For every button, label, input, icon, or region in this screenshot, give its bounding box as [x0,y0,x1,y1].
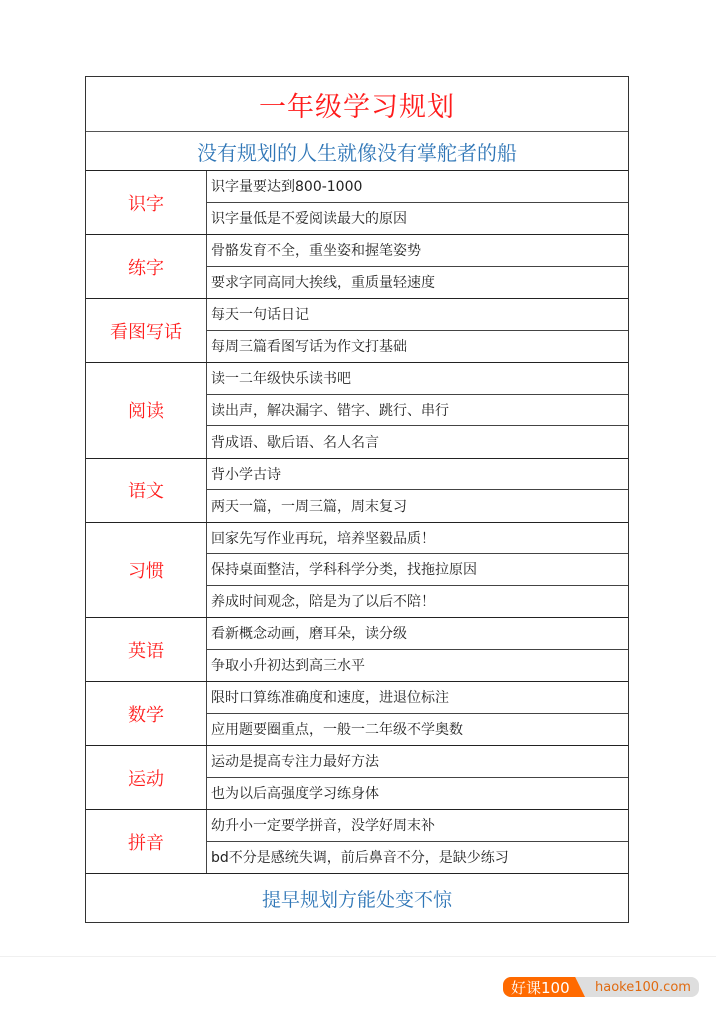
plan-item: 养成时间观念，陪是为了以后不陪！ [207,586,628,618]
plan-item: 每天一句话日记 [207,299,628,331]
plan-item: 回家先写作业再玩，培养坚毅品质！ [207,523,628,555]
category-label: 阅读 [86,363,207,458]
brand-url-link[interactable]: haoke100.com [585,977,691,997]
plan-item: 幼升小一定要学拼音，没学好周末补 [207,810,628,842]
plan-group: 数学 限时口算练准确度和速度，进退位标注 应用题要圈重点，一般一二年级不学奥数 [86,682,628,746]
category-label: 拼音 [86,810,207,873]
page-title: 一年级学习规划 [86,77,628,132]
plan-item: 背成语、歇后语、名人名言 [207,426,628,458]
brand-logo: 好课100 [503,977,585,997]
plan-group: 英语 看新概念动画，磨耳朵，读分级 争取小升初达到高三水平 [86,618,628,682]
plan-item: 限时口算练准确度和速度，进退位标注 [207,682,628,714]
study-plan-table: 一年级学习规划 没有规划的人生就像没有掌舵者的船 识字 识字量要达到800-10… [85,76,629,923]
plan-item: 争取小升初达到高三水平 [207,650,628,682]
plan-item: bd不分是感统失调，前后鼻音不分，是缺少练习 [207,842,628,874]
subtitle: 没有规划的人生就像没有掌舵者的船 [86,132,628,171]
category-label: 运动 [86,746,207,809]
plan-group: 阅读 读一二年级快乐读书吧 读出声，解决漏字、错字、跳行、串行 背成语、歇后语、… [86,363,628,459]
plan-item: 识字量要达到800-1000 [207,171,628,203]
plan-item: 读一二年级快乐读书吧 [207,363,628,395]
plan-group: 看图写话 每天一句话日记 每周三篇看图写话为作文打基础 [86,299,628,363]
plan-item: 运动是提高专注力最好方法 [207,746,628,778]
category-label: 识字 [86,171,207,234]
footer-slogan: 提早规划方能处变不惊 [86,874,628,922]
category-label: 练字 [86,235,207,298]
plan-item: 保持桌面整洁，学科科学分类，找拖拉原因 [207,554,628,586]
plan-groups: 识字 识字量要达到800-1000 识字量低是不爱阅读最大的原因 练字 骨骼发育… [86,171,628,874]
plan-group: 练字 骨骼发育不全，重坐姿和握笔姿势 要求字同高同大挨线，重质量轻速度 [86,235,628,299]
plan-group: 习惯 回家先写作业再玩，培养坚毅品质！ 保持桌面整洁，学科科学分类，找拖拉原因 … [86,523,628,619]
category-label: 英语 [86,618,207,681]
plan-item: 看新概念动画，磨耳朵，读分级 [207,618,628,650]
plan-item: 识字量低是不爱阅读最大的原因 [207,203,628,235]
watermark-badge[interactable]: 好课100 haoke100.com [503,977,699,997]
plan-item: 背小学古诗 [207,459,628,491]
plan-item: 应用题要圈重点，一般一二年级不学奥数 [207,714,628,746]
plan-item: 骨骼发育不全，重坐姿和握笔姿势 [207,235,628,267]
plan-item: 读出声，解决漏字、错字、跳行、串行 [207,395,628,427]
category-label: 看图写话 [86,299,207,362]
plan-group: 运动 运动是提高专注力最好方法 也为以后高强度学习练身体 [86,746,628,810]
plan-group: 拼音 幼升小一定要学拼音，没学好周末补 bd不分是感统失调，前后鼻音不分，是缺少… [86,810,628,874]
category-label: 习惯 [86,523,207,618]
plan-group: 识字 识字量要达到800-1000 识字量低是不爱阅读最大的原因 [86,171,628,235]
plan-item: 要求字同高同大挨线，重质量轻速度 [207,267,628,299]
plan-item: 也为以后高强度学习练身体 [207,778,628,810]
category-label: 数学 [86,682,207,745]
plan-item: 两天一篇，一周三篇，周末复习 [207,490,628,522]
category-label: 语文 [86,459,207,522]
plan-item: 每周三篇看图写话为作文打基础 [207,331,628,363]
plan-group: 语文 背小学古诗 两天一篇，一周三篇，周末复习 [86,459,628,523]
